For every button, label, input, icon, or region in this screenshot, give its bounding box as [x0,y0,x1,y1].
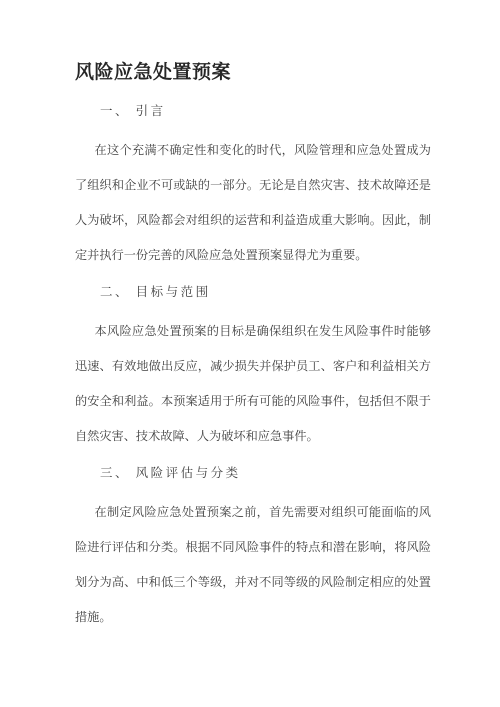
section-risk-assessment: 三、 风险评估与分类 在制定风险应急处置预案之前，首先需要对组织可能面临的风险进… [75,456,431,635]
section-heading-risk-assessment: 三、 风险评估与分类 [75,456,431,491]
section-goals-scope: 二、 目标与范围 本风险应急处置预案的目标是确保组织在发生风险事件时能够迅速、有… [75,275,431,454]
section-heading-goals-scope: 二、 目标与范围 [75,275,431,310]
document-title: 风险应急处置预案 [75,58,431,88]
section-paragraph-introduction: 在这个充满不确定性和变化的时代，风险管理和应急处置成为了组织和企业不可或缺的一部… [75,133,431,273]
section-paragraph-risk-assessment: 在制定风险应急处置预案之前，首先需要对组织可能面临的风险进行评估和分类。根据不同… [75,495,431,635]
section-introduction: 一、 引言 在这个充满不确定性和变化的时代，风险管理和应急处置成为了组织和企业不… [75,94,431,273]
section-paragraph-goals-scope: 本风险应急处置预案的目标是确保组织在发生风险事件时能够迅速、有效地做出反应，减少… [75,314,431,454]
section-heading-introduction: 一、 引言 [75,94,431,129]
document-page: 风险应急处置预案 一、 引言 在这个充满不确定性和变化的时代，风险管理和应急处置… [0,0,500,707]
